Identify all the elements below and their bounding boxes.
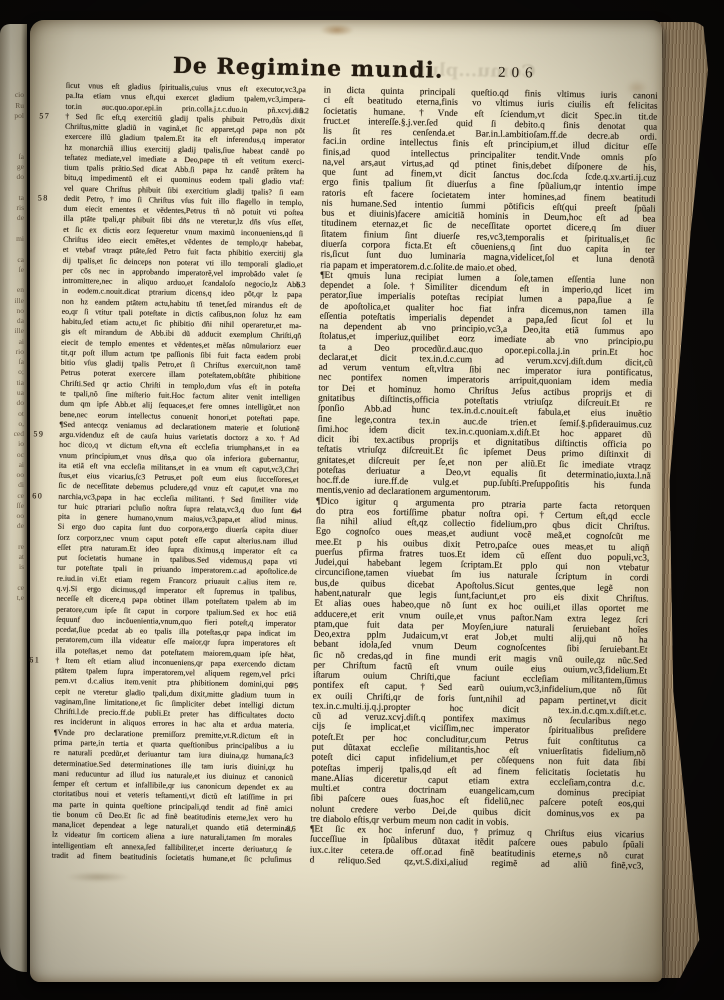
adjacent-page-text-fragment: tia: [0, 378, 27, 388]
adjacent-page-text-fragment: [0, 275, 27, 285]
section-number: 63: [296, 280, 320, 289]
text-column-left: ſicut vnus eſt gladius ſpiritualis,cuius…: [52, 81, 306, 865]
adjacent-page-text-fragment: oc: [0, 450, 27, 460]
adjacent-page-text-fragment: oo: [0, 511, 27, 521]
adjacent-page-text-fragment: [0, 244, 27, 254]
adjacent-page-text-fragment: [0, 532, 27, 542]
adjacent-page-text-fragment: [0, 573, 27, 583]
adjacent-page-text-fragment: at: [0, 552, 27, 562]
adjacent-page-text-fragment: o,: [0, 419, 27, 429]
adjacent-page-text-fragment: de: [0, 213, 27, 223]
adjacent-page-text-fragment: ſa: [0, 152, 27, 162]
section-number: 57: [39, 111, 63, 120]
running-title: De Regimine mundi.: [128, 52, 488, 85]
adjacent-page-text-fragment: [0, 224, 27, 234]
section-number: 65: [289, 681, 313, 690]
adjacent-page-text-fragment: [0, 604, 27, 614]
adjacent-page-text-fragment: di: [0, 480, 27, 490]
adjacent-page-text-fragment: Ru: [0, 101, 27, 111]
adjacent-page-text-fragment: ta: [0, 193, 27, 203]
adjacent-page-text-fragment: do: [0, 398, 27, 408]
adjacent-page-text-fragment: mi: [0, 234, 27, 244]
section-number: 64: [292, 506, 316, 515]
adjacent-page-text-fragment: [0, 80, 27, 90]
adjacent-page-text-fragment: ille: [0, 326, 27, 336]
adjacent-page-text-fragment: ce: [0, 491, 27, 501]
adjacent-page-text-fragment: ot: [0, 409, 27, 419]
adjacent-page-text-fragment: de: [0, 521, 27, 531]
adjacent-page-text-fragment: ſſe: [0, 501, 27, 511]
adjacent-page-text-fragment: o;: [0, 367, 27, 377]
page-number: 206: [498, 65, 588, 84]
adjacent-page-text-fragment: no: [0, 306, 27, 316]
adjacent-page-text-fragment: da: [0, 316, 27, 326]
adjacent-page-text-fragment: en: [0, 285, 27, 295]
adjacent-page-text-fragment: t,e: [0, 593, 27, 603]
adjacent-page-text-fragment: ille: [0, 296, 27, 306]
adjacent-page-text-fragment: ced: [0, 429, 27, 439]
printed-text-block: Comu...plur. De Regimine mundi. 206 ſicu…: [19, 14, 669, 987]
adjacent-page-text-fragment: ſa: [0, 357, 27, 367]
adjacent-page-text-fragment: [0, 614, 27, 624]
book-page: Comu...plur. De Regimine mundi. 206 ſicu…: [30, 20, 662, 982]
adjacent-page-text-fragment: do: [0, 172, 27, 182]
text-column-right: in dicta quinta principali queſtio.qd fi…: [310, 86, 658, 872]
adjacent-page-text-fragment: re: [0, 542, 27, 552]
section-number: 60: [32, 491, 56, 500]
section-number: 61: [29, 655, 53, 664]
book-photograph: cioRupolſagedotarisdemicaſeenillenodaill…: [0, 0, 724, 1000]
section-number: 62: [299, 106, 323, 115]
adjacent-page-text-fragment: ce: [0, 583, 27, 593]
adjacent-page-text-fragment: ai: [0, 337, 27, 347]
adjacent-page-text-fragment: rio: [0, 347, 27, 357]
adjacent-page-text-fragment: ris: [0, 203, 27, 213]
section-number: 59: [33, 429, 57, 438]
section-number: 66: [286, 824, 310, 833]
adjacent-page-text-fragment: [0, 121, 27, 131]
adjacent-page-text-fragment: is: [0, 562, 27, 572]
adjacent-page-text-fragment: ſe: [0, 265, 27, 275]
adjacent-page-text-fragment: oo: [0, 470, 27, 480]
adjacent-page-text-fragment: io: [0, 439, 27, 449]
adjacent-page-text-fragment: [0, 183, 27, 193]
adjacent-page-text-fragment: [0, 142, 27, 152]
adjacent-page-text-fragment: ai: [0, 460, 27, 470]
adjacent-page-text-fragment: [0, 131, 27, 141]
adjacent-page-text-fragment: ca: [0, 255, 27, 265]
adjacent-page-text-fragment: pol: [0, 111, 27, 121]
section-number: 58: [38, 193, 62, 202]
adjacent-page-text-fragment: cio: [0, 90, 27, 100]
adjacent-page-text-fragment: ua: [0, 388, 27, 398]
adjacent-page-text-fragment: ge: [0, 162, 27, 172]
